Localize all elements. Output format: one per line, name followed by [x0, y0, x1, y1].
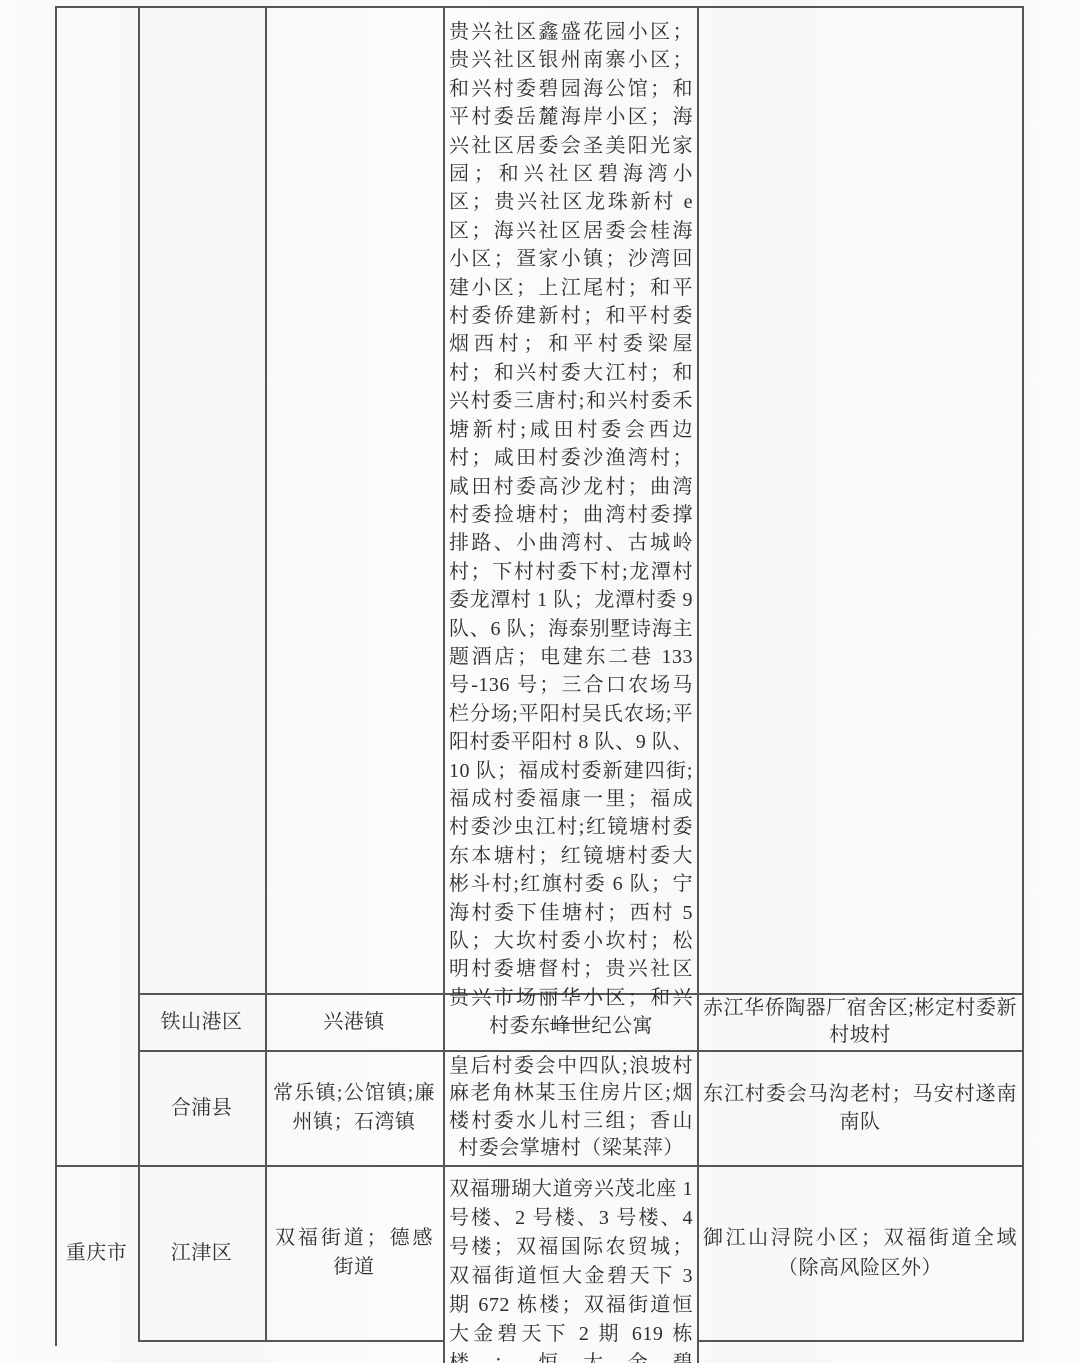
cell-hepu-areas-primary: 皇后村委会中四队;浪坡村麻老角林某玉住房片区;烟楼村委水儿村三组；香山村委会掌塘… — [449, 1052, 693, 1163]
table-border-pagecut-right — [697, 1340, 1022, 1342]
cell-hepu-towns: 常乐镇;公馆镇;廉州镇；石湾镇 — [273, 1052, 435, 1163]
cell-tieshangang-district: 铁山港区 — [140, 995, 263, 1048]
document-page: 贵兴社区鑫盛花园小区；贵兴社区银州南寨小区；和兴村委碧园海公馆；和平村委岳麓海岸… — [0, 0, 1080, 1363]
cell-hepu-district: 合浦县 — [140, 1052, 263, 1163]
cell-continuation-towns — [267, 8, 441, 991]
cell-tieshangang-areas-primary: —— — [445, 995, 695, 1048]
cell-continuation-district — [140, 8, 263, 991]
cell-continuation-areas-primary: 贵兴社区鑫盛花园小区；贵兴社区银州南寨小区；和兴村委碧园海公馆；和平村委岳麓海岸… — [449, 18, 693, 986]
cell-hepu-areas-secondary: 东江村委会马沟老村；马安村遂南南队 — [703, 1052, 1017, 1163]
cell-jiangjin-towns: 双福街道；德感街道 — [275, 1167, 433, 1338]
table-border-pagecut-left — [138, 1340, 444, 1342]
cell-jiangjin-city: 重庆市 — [57, 1167, 136, 1338]
cell-jiangjin-areas-secondary: 御江山浔院小区；双福街道全域（除高风险区外） — [703, 1167, 1017, 1338]
cell-continuation-areas-secondary — [699, 8, 1020, 991]
cell-tieshangang-areas-secondary: 赤江华侨陶器厂宿舍区;彬定村委新村坡村 — [703, 995, 1017, 1048]
cell-tieshangang-towns: 兴港镇 — [267, 995, 441, 1048]
table-border-right — [1022, 6, 1024, 1342]
cell-continuation-city — [57, 8, 136, 1163]
cell-jiangjin-district: 江津区 — [140, 1167, 263, 1338]
cell-jiangjin-areas-primary: 双福珊瑚大道旁兴茂北座 1 号楼、2 号楼、3 号楼、4 号楼；双福国际农贸城；… — [449, 1175, 693, 1363]
table-border-col3 — [443, 6, 445, 1363]
